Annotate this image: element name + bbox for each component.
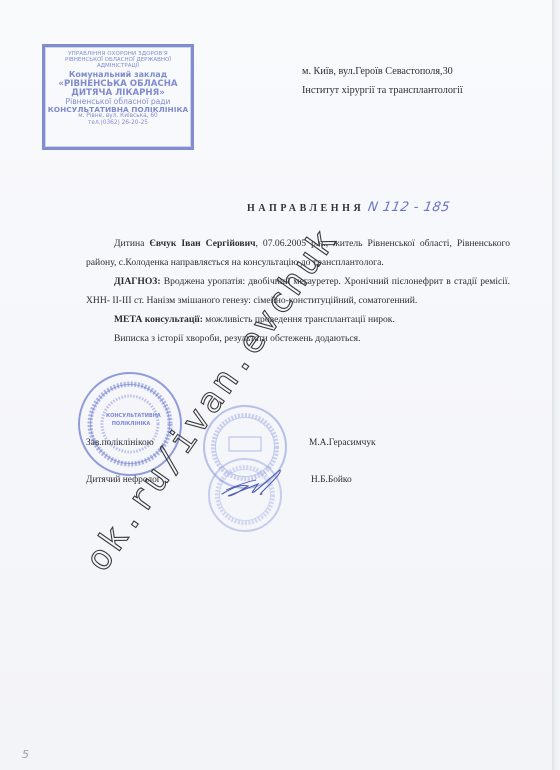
- handwritten-signature-icon: [218, 466, 288, 502]
- page-number: 5: [22, 748, 29, 761]
- purpose-text: можливість проведення трансплантації нир…: [203, 314, 395, 325]
- addressee-institution: Інститут хірургії та трансплантології: [302, 81, 463, 100]
- handwritten-reference-number: N 112 - 185: [367, 200, 452, 215]
- stamp-line: АДМІНІСТРАЦІЇ: [45, 64, 191, 70]
- addressee-address: м. Київ, вул.Героїв Севастополя,30: [302, 62, 463, 81]
- seal-center-text: КОНСУЛЬТАТИВНА ПОЛІКЛІНІКА: [106, 412, 156, 428]
- institution-stamp: УПРАВЛІННЯ ОХОРОНИ ЗДОРОВ'Я РІВНЕНСЬКОЇ …: [42, 44, 194, 150]
- document-title: НАПРАВЛЕННЯ: [247, 203, 364, 214]
- stamp-line: КОНСУЛЬТАТИВНА ПОЛІКЛІНІКА: [45, 106, 191, 114]
- extract-paragraph: Виписка з історії хвороби, результати об…: [86, 329, 510, 348]
- purpose-label: МЕТА консультації:: [114, 314, 203, 325]
- signature-name-head: М.А.Герасимчук: [309, 438, 376, 448]
- purpose-paragraph: МЕТА консультації: можливість проведення…: [86, 310, 510, 329]
- patient-prefix: Дитина: [114, 238, 149, 249]
- page-edge-shadow: [552, 0, 560, 770]
- addressee-block: м. Київ, вул.Героїв Севастополя,30 Інсти…: [302, 62, 463, 100]
- signature-role-head: Зав.поліклінікою: [86, 438, 154, 448]
- document-title-row: НАПРАВЛЕННЯ N 112 - 185: [247, 200, 450, 215]
- patient-name: Євчук Іван Сергійович: [149, 238, 255, 249]
- seal-center-line: ПОЛІКЛІНІКА: [106, 420, 156, 428]
- stamp-line: тел.(0362) 26-20-25: [45, 120, 191, 126]
- diagnosis-label: ДІАГНОЗ:: [114, 276, 161, 287]
- signature-name-nephrologist: Н.Б.Бойко: [311, 475, 352, 485]
- seal-center-line: КОНСУЛЬТАТИВНА: [106, 412, 156, 420]
